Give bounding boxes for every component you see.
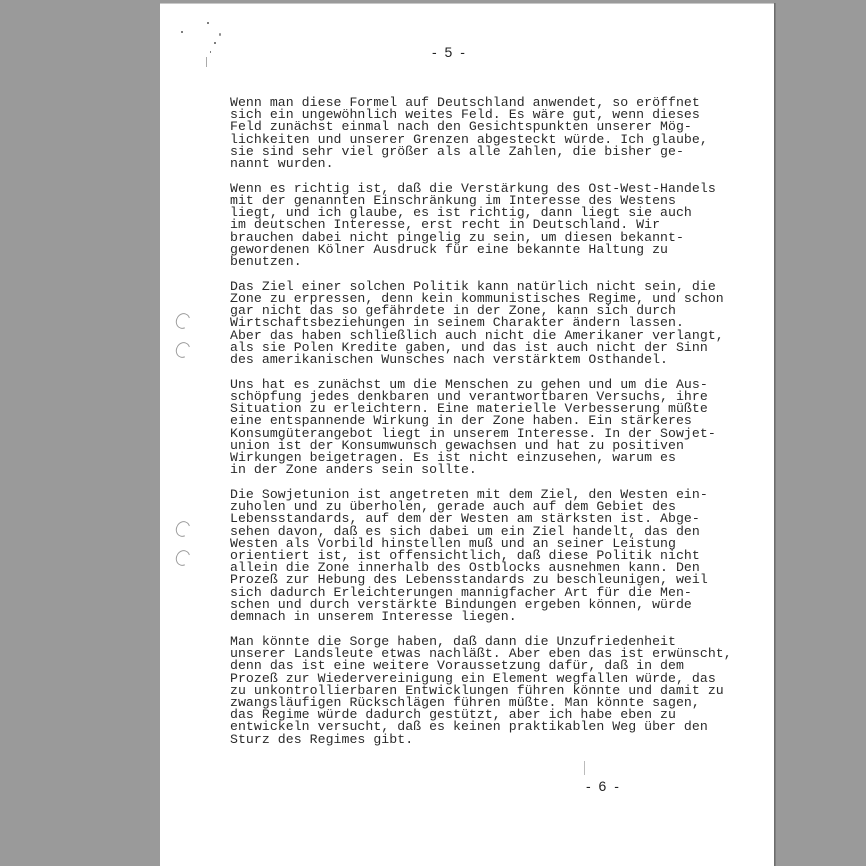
paragraph-5: Die Sowjetunion ist angetreten mit dem Z… — [230, 489, 750, 623]
document-body: Wenn man diese Formel auf Deutschland an… — [230, 97, 750, 758]
scan-artifact — [219, 33, 221, 36]
paragraph-1: Wenn man diese Formel auf Deutschland an… — [230, 97, 750, 170]
scan-artifact — [207, 22, 209, 24]
page-number-top: - 5 - — [432, 44, 467, 60]
scan-artifact — [210, 51, 211, 53]
document-page: - 5 - Wenn man diese Formel auf Deutschl… — [160, 3, 774, 866]
scan-artifact — [214, 42, 216, 44]
punch-hole-icon — [173, 548, 192, 568]
punch-hole-icon — [173, 519, 192, 539]
page-number-bottom: - 6 - — [586, 778, 621, 794]
paragraph-4: Uns hat es zunächst um die Menschen zu g… — [230, 379, 750, 477]
scan-artifact — [584, 761, 585, 775]
paragraph-2: Wenn es richtig ist, daß die Verstärkung… — [230, 183, 750, 268]
punch-hole-icon — [173, 311, 192, 331]
punch-hole-icon — [173, 340, 192, 360]
scan-artifact — [181, 31, 183, 33]
paragraph-3: Das Ziel einer solchen Politik kann natü… — [230, 281, 750, 366]
scan-artifact — [206, 57, 207, 67]
paragraph-6: Man könnte die Sorge haben, daß dann die… — [230, 636, 750, 746]
